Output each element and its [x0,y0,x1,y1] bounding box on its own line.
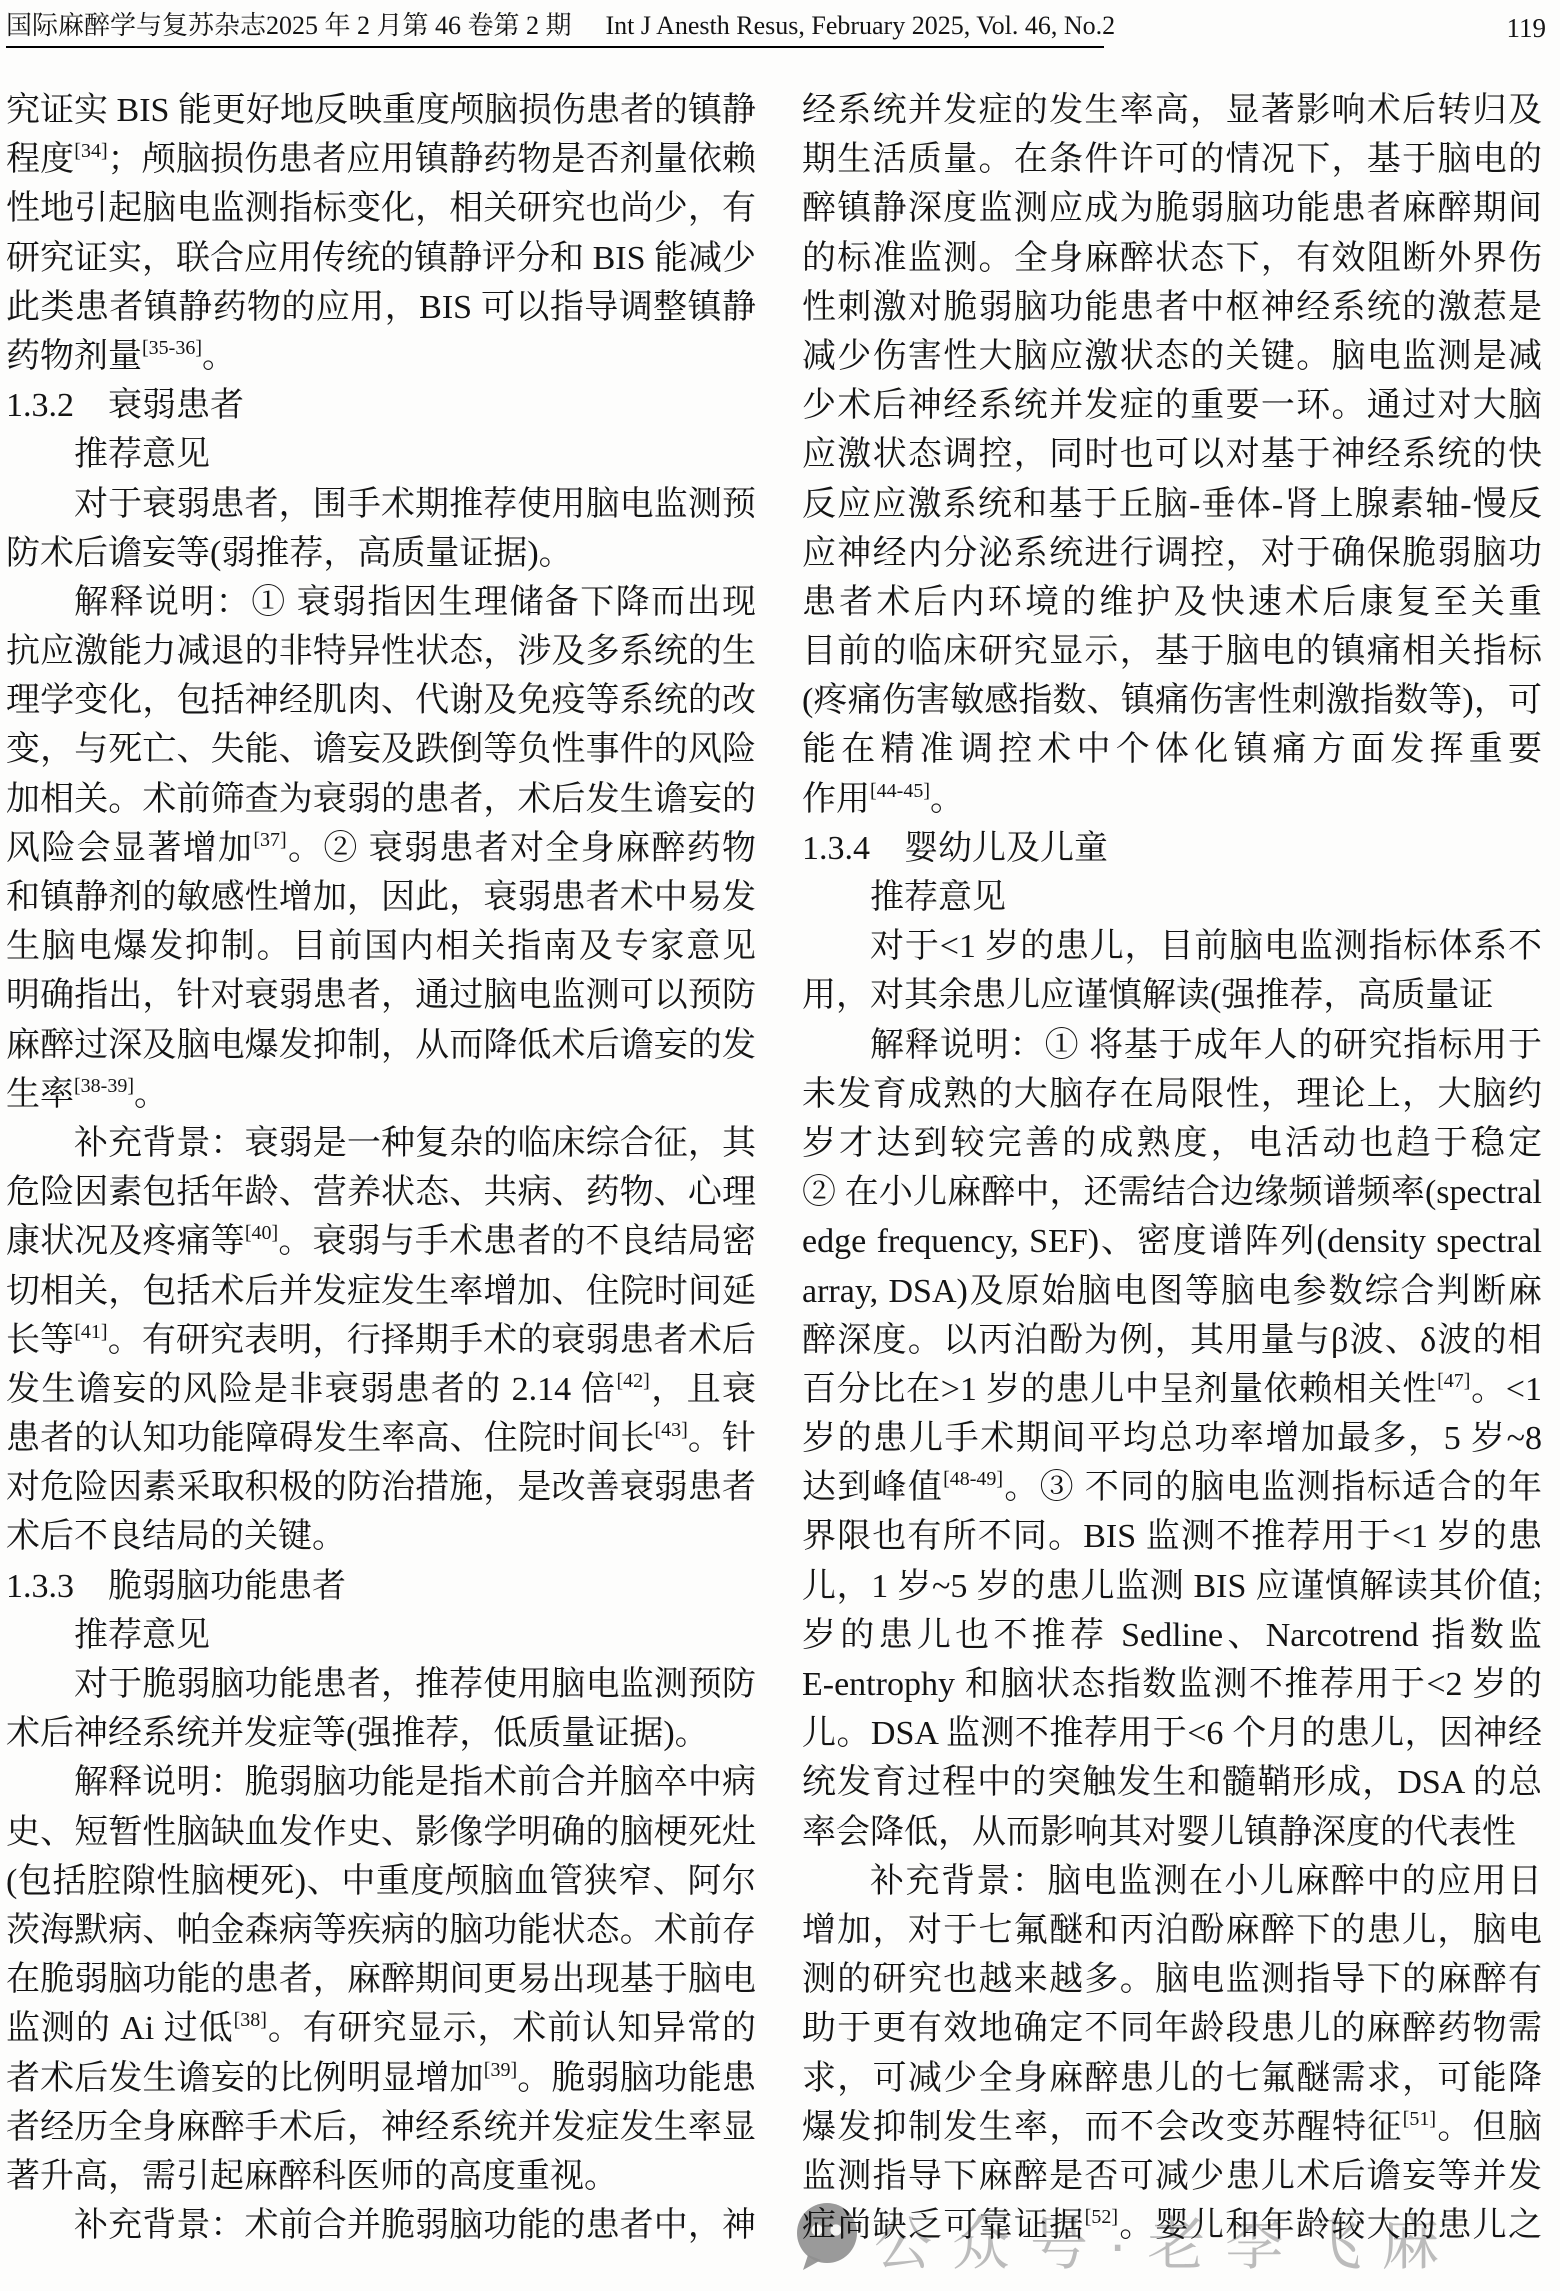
text-line: 风险会显著增加[37]。② 衰弱患者对全身麻醉药物 [6,824,756,873]
text-line: 患者术后内环境的维护及快速术后康复至关重要。 [802,578,1542,627]
reference-superscript: [43] [654,1419,687,1441]
text-line: 界限也有所不同。BIS 监测不推荐用于<1 岁的患 [802,1512,1542,1561]
text-line: 对于<1 岁的患儿，目前脑电监测指标体系不适 [802,922,1542,971]
text-line: 应激状态调控，同时也可以对基于神经系统的快速 [802,430,1542,479]
text-line: 补充背景：脑电监测在小儿麻醉中的应用日益 [802,1857,1542,1906]
text-line: array, DSA)及原始脑电图等脑电参数综合判断麻 [802,1267,1542,1316]
text-line: 对于衰弱患者，围手术期推荐使用脑电监测预 [6,480,756,529]
text-line: 切相关，包括术后并发症发生率增加、住院时间延 [6,1267,756,1316]
text-line: 性地引起脑电监测指标变化，相关研究也尚少，有 [6,184,756,233]
reference-superscript: [51] [1403,2108,1436,2130]
reference-superscript: [37] [253,829,286,851]
text-line: 用，对其余患儿应谨慎解读(强推荐，高质量证据)。 [802,971,1542,1020]
text-line: 增加，对于七氟醚和丙泊酚麻醉下的患儿，脑电监 [802,1906,1542,1955]
header-rule [6,46,1104,48]
text-line: 性刺激对脆弱脑功能患者中枢神经系统的激惹是 [802,283,1542,332]
text-line: (疼痛伤害敏感指数、镇痛伤害性刺激指数等)，可 [802,676,1542,725]
text-line: 症尚缺乏可靠证据[52]。婴儿和年龄较大的患儿之间 [802,2201,1542,2250]
text-line: 生率[38-39]。 [6,1070,756,1119]
text-line: 儿。DSA 监测不推荐用于<6 个月的患儿，因神经系 [802,1709,1542,1758]
text-line: 统发育过程中的突触发生和髓鞘形成，DSA 的总功 [802,1758,1542,1807]
text-line: 推荐意见 [6,1611,756,1660]
text-line: 对危险因素采取积极的防治措施，是改善衰弱患者 [6,1463,756,1512]
text-line: 发生谵妄的风险是非衰弱患者的 2.14 倍[42]，且衰弱 [6,1365,756,1414]
text-line: 者术后发生谵妄的比例明显增加[39]。脆弱脑功能患 [6,2054,756,2103]
reference-superscript: [39] [484,2059,517,2081]
text-line: 者经历全身麻醉手术后，神经系统并发症发生率显 [6,2103,756,2152]
running-head: 国际麻醉学与复苏杂志2025 年 2 月第 46 卷第 2 期Int J Ane… [6,10,1554,46]
text-line: 术后不良结局的关键。 [6,1512,756,1561]
reference-superscript: [48-49] [943,1468,1003,1490]
text-line: 和镇静剂的敏感性增加，因此，衰弱患者术中易发 [6,873,756,922]
text-line: 醉镇静深度监测应成为脆弱脑功能患者麻醉期间 [802,184,1542,233]
text-line: 减少伤害性大脑应激状态的关键。脑电监测是减 [802,332,1542,381]
text-line: 抗应激能力减退的非特异性状态，涉及多系统的生 [6,627,756,676]
text-line: 测的研究也越来越多。脑电监测指导下的麻醉有 [802,1955,1542,2004]
reference-superscript: [41] [74,1321,107,1343]
reference-superscript: [38] [234,2009,267,2031]
text-line: 生脑电爆发抑制。目前国内相关指南及专家意见 [6,922,756,971]
text-line: 少术后神经系统并发症的重要一环。通过对大脑 [802,381,1542,430]
text-line: 推荐意见 [6,430,756,479]
text-line: 监测指导下麻醉是否可减少患儿术后谵妄等并发 [802,2152,1542,2201]
text-line: 康状况及疼痛等[40]。衰弱与手术患者的不良结局密 [6,1217,756,1266]
text-line: 史、短暂性脑缺血发作史、影像学明确的脑梗死灶 [6,1808,756,1857]
text-line: 解释说明：① 将基于成年人的研究指标用于 [802,1021,1542,1070]
text-line: 补充背景：术前合并脆弱脑功能的患者中，神 [6,2201,756,2250]
text-line: 期生活质量。在条件许可的情况下，基于脑电的麻 [802,135,1542,184]
reference-superscript: [47] [1437,1370,1470,1392]
text-line: 助于更有效地确定不同年龄段患儿的麻醉药物需 [802,2004,1542,2053]
right-column: 经系统并发症的发生率高，显著影响术后转归及远期生活质量。在条件许可的情况下，基于… [802,86,1542,2250]
text-line: 患者的认知功能障碍发生率高、住院时间长[43]。针 [6,1414,756,1463]
text-line: 未发育成熟的大脑存在局限性，理论上，大脑约 12 [802,1070,1542,1119]
text-line: 推荐意见 [802,873,1542,922]
left-column: 究证实 BIS 能更好地反映重度颅脑损伤患者的镇静程度[34]；颅脑损伤患者应用… [6,86,756,2250]
text-line: 茨海默病、帕金森病等疾病的脑功能状态。术前存 [6,1906,756,1955]
reference-superscript: [40] [245,1222,278,1244]
text-line: 能在精准调控术中个体化镇痛方面发挥重要 [802,725,1542,774]
reference-superscript: [44-45] [870,780,930,802]
text-line: (包括腔隙性脑梗死)、中重度颅脑血管狭窄、阿尔 [6,1857,756,1906]
text-line: 目前的临床研究显示，基于脑电的镇痛相关指标 [802,627,1542,676]
text-line: 岁的患儿手术期间平均总功率增加最多，5 岁~8 岁 [802,1414,1542,1463]
text-line: 对于脆弱脑功能患者，推荐使用脑电监测预防 [6,1660,756,1709]
text-line: 的标准监测。全身麻醉状态下，有效阻断外界伤害 [802,234,1542,283]
text-line: 变，与死亡、失能、谵妄及跌倒等负性事件的风险增 [6,725,756,774]
text-line: 岁才达到较完善的成熟度，电活动也趋于稳定[46]。 [802,1119,1542,1168]
section-heading: 1.3.2 衰弱患者 [6,381,756,430]
text-line: 究证实 BIS 能更好地反映重度颅脑损伤患者的镇静 [6,86,756,135]
text-line: 长等[41]。有研究表明，行择期手术的衰弱患者术后 [6,1316,756,1365]
text-line: 明确指出，针对衰弱患者，通过脑电监测可以预防 [6,971,756,1020]
text-line: 经系统并发症的发生率高，显著影响术后转归及远 [802,86,1542,135]
text-line: 著升高，需引起麻醉科医师的高度重视。 [6,2152,756,2201]
text-line: 爆发抑制发生率，而不会改变苏醒特征[51]。但脑电 [802,2103,1542,2152]
text-line: 此类患者镇静药物的应用，BIS 可以指导调整镇静 [6,283,756,332]
text-line: 百分比在>1 岁的患儿中呈剂量依赖相关性[47]。<1 [802,1365,1542,1414]
text-columns: 究证实 BIS 能更好地反映重度颅脑损伤患者的镇静程度[34]；颅脑损伤患者应用… [6,86,1554,2250]
journal-title-cn: 国际麻醉学与复苏杂志2025 年 2 月第 46 卷第 2 期 [6,11,572,40]
reference-superscript: [38-39] [74,1075,134,1097]
text-line: 术后神经系统并发症等(强推荐，低质量证据)。 [6,1709,756,1758]
text-line: 岁的患儿也不推荐 Sedline、Narcotrend 指数监测； [802,1611,1542,1660]
journal-title-en: Int J Anesth Resus, February 2025, Vol. … [606,11,1116,40]
text-line: 理学变化，包括神经肌肉、代谢及免疫等系统的改 [6,676,756,725]
text-line: 解释说明：脆弱脑功能是指术前合并脑卒中病 [6,1758,756,1807]
text-line: 药物剂量[35-36]。 [6,332,756,381]
text-line: 程度[34]；颅脑损伤患者应用镇静药物是否剂量依赖 [6,135,756,184]
text-line: 反应应激系统和基于丘脑-垂体-肾上腺素轴-慢反 [802,480,1542,529]
text-line: 应神经内分泌系统进行调控，对于确保脆弱脑功能 [802,529,1542,578]
reference-superscript: [42] [616,1370,649,1392]
text-line: ② 在小儿麻醉中，还需结合边缘频谱频率(spectral [802,1168,1542,1217]
journal-page: 国际麻醉学与复苏杂志2025 年 2 月第 46 卷第 2 期Int J Ane… [0,0,1560,2291]
text-line: 补充背景：衰弱是一种复杂的临床综合征，其 [6,1119,756,1168]
text-line: 儿，1 岁~5 岁的患儿监测 BIS 应谨慎解读其价值;<1 [802,1562,1542,1611]
text-line: 在脆弱脑功能的患者，麻醉期间更易出现基于脑电 [6,1955,756,2004]
text-line: 麻醉过深及脑电爆发抑制，从而降低术后谵妄的发 [6,1021,756,1070]
text-line: 防术后谵妄等(弱推荐，高质量证据)。 [6,529,756,578]
text-line: 监测的 Ai 过低[38]。有研究显示，术前认知异常的患 [6,2004,756,2053]
text-line: edge frequency, SEF)、密度谱阵列(density spect… [802,1217,1542,1266]
text-line: 加相关。术前筛查为衰弱的患者，术后发生谵妄的 [6,775,756,824]
text-line: E-entrophy 和脑状态指数监测不推荐用于<2 岁的患 [802,1660,1542,1709]
page-number: 119 [1507,12,1547,44]
text-line: 醉深度。以丙泊酚为例，其用量与β波、δ波的相对 [802,1316,1542,1365]
text-line: 率会降低，从而影响其对婴儿镇静深度的代表性[50]。 [802,1808,1542,1857]
text-line: 解释说明：① 衰弱指因生理储备下降而出现 [6,578,756,627]
text-line: 达到峰值[48-49]。③ 不同的脑电监测指标适合的年龄 [802,1463,1542,1512]
reference-superscript: [35-36] [142,337,202,359]
text-line: 作用[44-45]。 [802,775,1542,824]
reference-superscript: [52] [1085,2206,1118,2228]
reference-superscript: [34] [74,140,107,162]
text-line: 求，可减少全身麻醉患儿的七氟醚需求，可能降低 [802,2054,1542,2103]
section-heading: 1.3.4 婴幼儿及儿童 [802,824,1542,873]
section-heading: 1.3.3 脆弱脑功能患者 [6,1562,756,1611]
text-line: 研究证实，联合应用传统的镇静评分和 BIS 能减少 [6,234,756,283]
text-line: 危险因素包括年龄、营养状态、共病、药物、心理健 [6,1168,756,1217]
